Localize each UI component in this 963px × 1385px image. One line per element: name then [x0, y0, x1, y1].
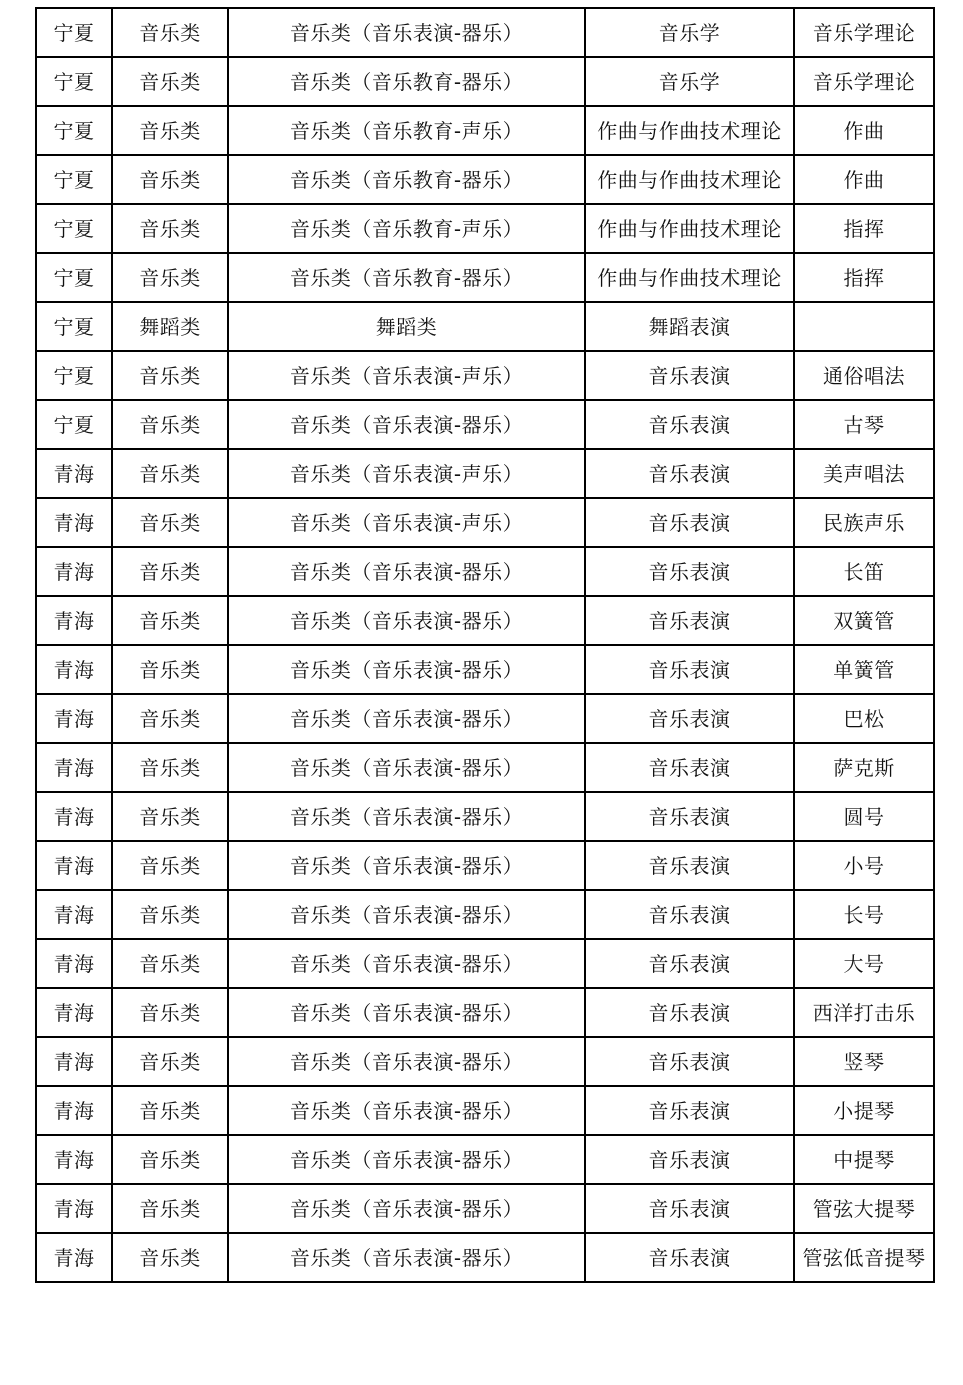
major-cell: 音乐表演 — [585, 498, 794, 547]
table-row: 宁夏 音乐类 音乐类（音乐表演-器乐） 音乐学 音乐学理论 — [36, 8, 934, 57]
major-cell: 音乐学 — [585, 8, 794, 57]
direction-cell: 巴松 — [794, 694, 934, 743]
province-cell: 宁夏 — [36, 400, 112, 449]
direction-cell: 指挥 — [794, 204, 934, 253]
direction-cell: 作曲 — [794, 106, 934, 155]
exam-type-cell: 音乐类（音乐教育-器乐） — [228, 253, 585, 302]
direction-cell: 管弦低音提琴 — [794, 1233, 934, 1282]
table-row: 青海 音乐类 音乐类（音乐表演-器乐） 音乐表演 中提琴 — [36, 1135, 934, 1184]
exam-type-cell: 音乐类（音乐表演-器乐） — [228, 547, 585, 596]
category-cell: 音乐类 — [112, 645, 228, 694]
major-cell: 音乐表演 — [585, 841, 794, 890]
table-row: 青海 音乐类 音乐类（音乐表演-声乐） 音乐表演 民族声乐 — [36, 498, 934, 547]
category-cell: 音乐类 — [112, 890, 228, 939]
province-cell: 青海 — [36, 645, 112, 694]
category-cell: 音乐类 — [112, 547, 228, 596]
province-cell: 青海 — [36, 547, 112, 596]
category-cell: 音乐类 — [112, 351, 228, 400]
table-row: 青海 音乐类 音乐类（音乐表演-器乐） 音乐表演 巴松 — [36, 694, 934, 743]
table-row: 宁夏 音乐类 音乐类（音乐教育-声乐） 作曲与作曲技术理论 作曲 — [36, 106, 934, 155]
exam-type-cell: 音乐类（音乐教育-声乐） — [228, 106, 585, 155]
major-cell: 音乐表演 — [585, 792, 794, 841]
province-cell: 青海 — [36, 890, 112, 939]
exam-type-cell: 音乐类（音乐表演-器乐） — [228, 596, 585, 645]
province-cell: 青海 — [36, 596, 112, 645]
exam-type-cell: 音乐类（音乐表演-器乐） — [228, 890, 585, 939]
exam-type-cell: 舞蹈类 — [228, 302, 585, 351]
category-cell: 音乐类 — [112, 400, 228, 449]
province-cell: 青海 — [36, 498, 112, 547]
province-cell: 青海 — [36, 1184, 112, 1233]
major-cell: 音乐表演 — [585, 1086, 794, 1135]
province-cell: 青海 — [36, 1037, 112, 1086]
province-cell: 宁夏 — [36, 57, 112, 106]
province-cell: 宁夏 — [36, 253, 112, 302]
table-row: 青海 音乐类 音乐类（音乐表演-器乐） 音乐表演 西洋打击乐 — [36, 988, 934, 1037]
category-cell: 音乐类 — [112, 106, 228, 155]
province-cell: 宁夏 — [36, 351, 112, 400]
table-row: 青海 音乐类 音乐类（音乐表演-器乐） 音乐表演 萨克斯 — [36, 743, 934, 792]
category-cell: 音乐类 — [112, 204, 228, 253]
province-cell: 青海 — [36, 1233, 112, 1282]
direction-cell: 音乐学理论 — [794, 8, 934, 57]
document-page: 宁夏 音乐类 音乐类（音乐表演-器乐） 音乐学 音乐学理论 宁夏 音乐类 音乐类… — [35, 7, 935, 1283]
table-row: 宁夏 音乐类 音乐类（音乐教育-声乐） 作曲与作曲技术理论 指挥 — [36, 204, 934, 253]
major-cell: 音乐表演 — [585, 743, 794, 792]
exam-type-cell: 音乐类（音乐教育-器乐） — [228, 155, 585, 204]
exam-type-cell: 音乐类（音乐表演-器乐） — [228, 694, 585, 743]
table-row: 青海 音乐类 音乐类（音乐表演-器乐） 音乐表演 小提琴 — [36, 1086, 934, 1135]
direction-cell — [794, 302, 934, 351]
category-cell: 音乐类 — [112, 792, 228, 841]
province-cell: 宁夏 — [36, 155, 112, 204]
table-row: 青海 音乐类 音乐类（音乐表演-声乐） 音乐表演 美声唱法 — [36, 449, 934, 498]
exam-type-cell: 音乐类（音乐表演-器乐） — [228, 1086, 585, 1135]
major-cell: 音乐表演 — [585, 596, 794, 645]
province-cell: 宁夏 — [36, 106, 112, 155]
major-cell: 作曲与作曲技术理论 — [585, 204, 794, 253]
major-cell: 音乐表演 — [585, 400, 794, 449]
table-row: 宁夏 舞蹈类 舞蹈类 舞蹈表演 — [36, 302, 934, 351]
category-cell: 音乐类 — [112, 841, 228, 890]
table-row: 青海 音乐类 音乐类（音乐表演-器乐） 音乐表演 单簧管 — [36, 645, 934, 694]
category-cell: 音乐类 — [112, 988, 228, 1037]
table-row: 宁夏 音乐类 音乐类（音乐教育-器乐） 作曲与作曲技术理论 指挥 — [36, 253, 934, 302]
table-row: 青海 音乐类 音乐类（音乐表演-器乐） 音乐表演 管弦大提琴 — [36, 1184, 934, 1233]
table-row: 宁夏 音乐类 音乐类（音乐表演-声乐） 音乐表演 通俗唱法 — [36, 351, 934, 400]
direction-cell: 长笛 — [794, 547, 934, 596]
category-cell: 音乐类 — [112, 1135, 228, 1184]
table-row: 青海 音乐类 音乐类（音乐表演-器乐） 音乐表演 圆号 — [36, 792, 934, 841]
table-row: 宁夏 音乐类 音乐类（音乐教育-器乐） 作曲与作曲技术理论 作曲 — [36, 155, 934, 204]
major-cell: 音乐表演 — [585, 1233, 794, 1282]
direction-cell: 小提琴 — [794, 1086, 934, 1135]
province-cell: 宁夏 — [36, 302, 112, 351]
category-cell: 音乐类 — [112, 596, 228, 645]
direction-cell: 长号 — [794, 890, 934, 939]
category-cell: 音乐类 — [112, 1037, 228, 1086]
direction-cell: 西洋打击乐 — [794, 988, 934, 1037]
major-cell: 舞蹈表演 — [585, 302, 794, 351]
province-cell: 青海 — [36, 988, 112, 1037]
direction-cell: 古琴 — [794, 400, 934, 449]
table-row: 青海 音乐类 音乐类（音乐表演-器乐） 音乐表演 竖琴 — [36, 1037, 934, 1086]
direction-cell: 萨克斯 — [794, 743, 934, 792]
category-cell: 音乐类 — [112, 1233, 228, 1282]
category-cell: 音乐类 — [112, 498, 228, 547]
category-cell: 音乐类 — [112, 939, 228, 988]
province-cell: 青海 — [36, 1086, 112, 1135]
table-row: 青海 音乐类 音乐类（音乐表演-器乐） 音乐表演 小号 — [36, 841, 934, 890]
direction-cell: 音乐学理论 — [794, 57, 934, 106]
major-cell: 音乐表演 — [585, 988, 794, 1037]
direction-cell: 圆号 — [794, 792, 934, 841]
major-cell: 音乐表演 — [585, 694, 794, 743]
direction-cell: 竖琴 — [794, 1037, 934, 1086]
category-cell: 音乐类 — [112, 1184, 228, 1233]
major-cell: 音乐表演 — [585, 890, 794, 939]
table-row: 青海 音乐类 音乐类（音乐表演-器乐） 音乐表演 双簧管 — [36, 596, 934, 645]
exam-type-cell: 音乐类（音乐表演-声乐） — [228, 449, 585, 498]
table-row: 青海 音乐类 音乐类（音乐表演-器乐） 音乐表演 管弦低音提琴 — [36, 1233, 934, 1282]
major-cell: 音乐表演 — [585, 351, 794, 400]
major-cell: 音乐表演 — [585, 939, 794, 988]
direction-cell: 管弦大提琴 — [794, 1184, 934, 1233]
table-body: 宁夏 音乐类 音乐类（音乐表演-器乐） 音乐学 音乐学理论 宁夏 音乐类 音乐类… — [36, 8, 934, 1282]
major-cell: 作曲与作曲技术理论 — [585, 155, 794, 204]
direction-cell: 单簧管 — [794, 645, 934, 694]
major-cell: 音乐表演 — [585, 449, 794, 498]
exam-type-cell: 音乐类（音乐表演-器乐） — [228, 792, 585, 841]
category-cell: 音乐类 — [112, 743, 228, 792]
direction-cell: 指挥 — [794, 253, 934, 302]
category-cell: 音乐类 — [112, 694, 228, 743]
direction-cell: 通俗唱法 — [794, 351, 934, 400]
province-cell: 青海 — [36, 939, 112, 988]
province-cell: 青海 — [36, 1135, 112, 1184]
major-cell: 音乐表演 — [585, 1135, 794, 1184]
table-row: 宁夏 音乐类 音乐类（音乐表演-器乐） 音乐表演 古琴 — [36, 400, 934, 449]
province-cell: 青海 — [36, 694, 112, 743]
category-cell: 音乐类 — [112, 449, 228, 498]
major-cell: 音乐表演 — [585, 1037, 794, 1086]
table-row: 宁夏 音乐类 音乐类（音乐教育-器乐） 音乐学 音乐学理论 — [36, 57, 934, 106]
exam-type-cell: 音乐类（音乐表演-声乐） — [228, 498, 585, 547]
province-cell: 青海 — [36, 841, 112, 890]
major-cell: 音乐表演 — [585, 645, 794, 694]
major-cell: 音乐学 — [585, 57, 794, 106]
exam-type-cell: 音乐类（音乐表演-器乐） — [228, 1233, 585, 1282]
category-cell: 音乐类 — [112, 8, 228, 57]
exam-type-cell: 音乐类（音乐表演-器乐） — [228, 1135, 585, 1184]
table-row: 青海 音乐类 音乐类（音乐表演-器乐） 音乐表演 长笛 — [36, 547, 934, 596]
province-cell: 青海 — [36, 449, 112, 498]
major-cell: 作曲与作曲技术理论 — [585, 106, 794, 155]
exam-type-cell: 音乐类（音乐表演-器乐） — [228, 8, 585, 57]
exam-type-cell: 音乐类（音乐表演-声乐） — [228, 351, 585, 400]
direction-cell: 双簧管 — [794, 596, 934, 645]
table-row: 青海 音乐类 音乐类（音乐表演-器乐） 音乐表演 长号 — [36, 890, 934, 939]
exam-type-cell: 音乐类（音乐表演-器乐） — [228, 1037, 585, 1086]
major-cell: 作曲与作曲技术理论 — [585, 253, 794, 302]
exam-type-cell: 音乐类（音乐表演-器乐） — [228, 841, 585, 890]
direction-cell: 大号 — [794, 939, 934, 988]
exam-type-cell: 音乐类（音乐教育-器乐） — [228, 57, 585, 106]
admissions-table: 宁夏 音乐类 音乐类（音乐表演-器乐） 音乐学 音乐学理论 宁夏 音乐类 音乐类… — [35, 7, 935, 1283]
category-cell: 舞蹈类 — [112, 302, 228, 351]
category-cell: 音乐类 — [112, 155, 228, 204]
direction-cell: 美声唱法 — [794, 449, 934, 498]
exam-type-cell: 音乐类（音乐表演-器乐） — [228, 1184, 585, 1233]
province-cell: 青海 — [36, 792, 112, 841]
province-cell: 青海 — [36, 743, 112, 792]
exam-type-cell: 音乐类（音乐教育-声乐） — [228, 204, 585, 253]
direction-cell: 小号 — [794, 841, 934, 890]
exam-type-cell: 音乐类（音乐表演-器乐） — [228, 939, 585, 988]
exam-type-cell: 音乐类（音乐表演-器乐） — [228, 988, 585, 1037]
category-cell: 音乐类 — [112, 253, 228, 302]
province-cell: 宁夏 — [36, 8, 112, 57]
table-row: 青海 音乐类 音乐类（音乐表演-器乐） 音乐表演 大号 — [36, 939, 934, 988]
category-cell: 音乐类 — [112, 57, 228, 106]
major-cell: 音乐表演 — [585, 1184, 794, 1233]
exam-type-cell: 音乐类（音乐表演-器乐） — [228, 400, 585, 449]
direction-cell: 民族声乐 — [794, 498, 934, 547]
exam-type-cell: 音乐类（音乐表演-器乐） — [228, 645, 585, 694]
category-cell: 音乐类 — [112, 1086, 228, 1135]
direction-cell: 中提琴 — [794, 1135, 934, 1184]
direction-cell: 作曲 — [794, 155, 934, 204]
major-cell: 音乐表演 — [585, 547, 794, 596]
province-cell: 宁夏 — [36, 204, 112, 253]
exam-type-cell: 音乐类（音乐表演-器乐） — [228, 743, 585, 792]
